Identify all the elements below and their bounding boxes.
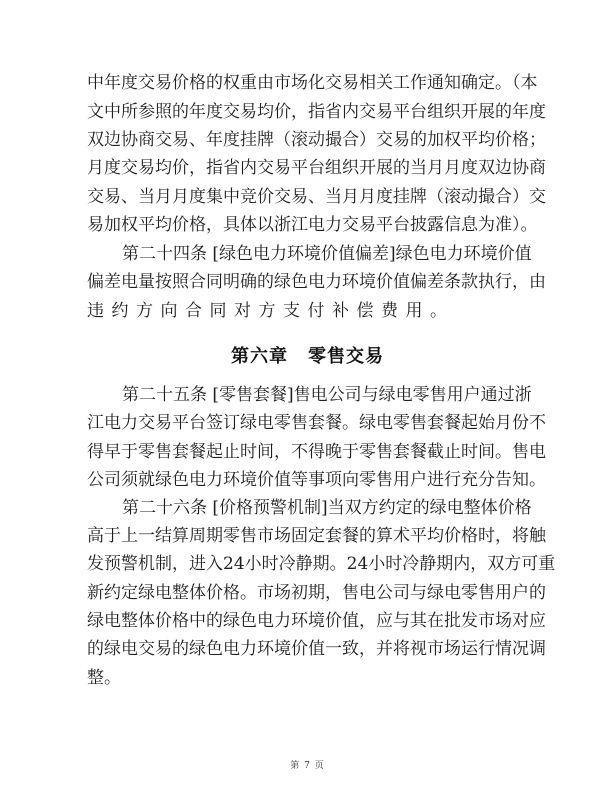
text-line: 易加权平均价格，具体以浙江电力交易平台披露信息为准）。 bbox=[87, 211, 528, 239]
article-24-title-line: 第二十四条 [绿色电力环境价值偏差]绿色电力环境价值 bbox=[122, 240, 528, 268]
text-line: 江电力交易平台签订绿电零售套餐。绿电零售套餐起始月份不 bbox=[87, 409, 528, 437]
text-line: 的绿电交易的绿色电力环境价值一致，并将视市场运行情况调 bbox=[87, 635, 528, 663]
text-line: 公司须就绿色电力环境价值等事项向零售用户进行充分告知。 bbox=[87, 466, 528, 494]
text-line: 得早于零售套餐起止时间，不得晚于零售套餐截止时间。售电 bbox=[87, 438, 528, 466]
text-line: 新约定绿电整体价格。市场初期，售电公司与绿电零售用户的 bbox=[87, 579, 528, 607]
article-26-title-line: 第二十六条 [价格预警机制]当双方约定的绿电整体价格 bbox=[122, 494, 528, 522]
text-line: 交易、当月月度集中竞价交易、当月月度挂牌（滚动撮合）交 bbox=[87, 183, 528, 211]
text-line: 偏差电量按照合同明确的绿色电力环境价值偏差条款执行，由 bbox=[87, 268, 528, 296]
document-page: 中年度交易价格的权重由市场化交易相关工作通知确定。（本 文中所参照的年度交易均价… bbox=[0, 0, 615, 799]
text-line: 高于上一结算周期零售市场固定套餐的算术平均价格时，将触 bbox=[87, 522, 528, 550]
chapter-number: 第六章 bbox=[231, 346, 288, 367]
text-line: 发预警机制，进入24小时冷静期。24小时冷静期内，双方可重 bbox=[87, 550, 528, 578]
text-line: 月度交易均价，指省内交易平台组织开展的当月月度双边协商 bbox=[87, 154, 528, 182]
text-line: 违约方向合同对方支付补偿费用。 bbox=[87, 297, 528, 325]
chapter-heading: 第六章零售交易 bbox=[0, 343, 615, 371]
text-line: 双边协商交易、年度挂牌（滚动撮合）交易的加权平均价格； bbox=[87, 126, 528, 154]
article-25-title-line: 第二十五条 [零售套餐]售电公司与绿电零售用户通过浙 bbox=[122, 381, 528, 409]
text-line: 文中所参照的年度交易均价，指省内交易平台组织开展的年度 bbox=[87, 98, 528, 126]
page-number: 第 7 页 bbox=[0, 758, 615, 771]
text-line: 中年度交易价格的权重由市场化交易相关工作通知确定。（本 bbox=[87, 69, 528, 97]
chapter-title: 零售交易 bbox=[308, 346, 384, 367]
text-line: 整。 bbox=[87, 664, 528, 692]
text-line: 绿电整体价格中的绿色电力环境价值，应与其在批发市场对应 bbox=[87, 607, 528, 635]
